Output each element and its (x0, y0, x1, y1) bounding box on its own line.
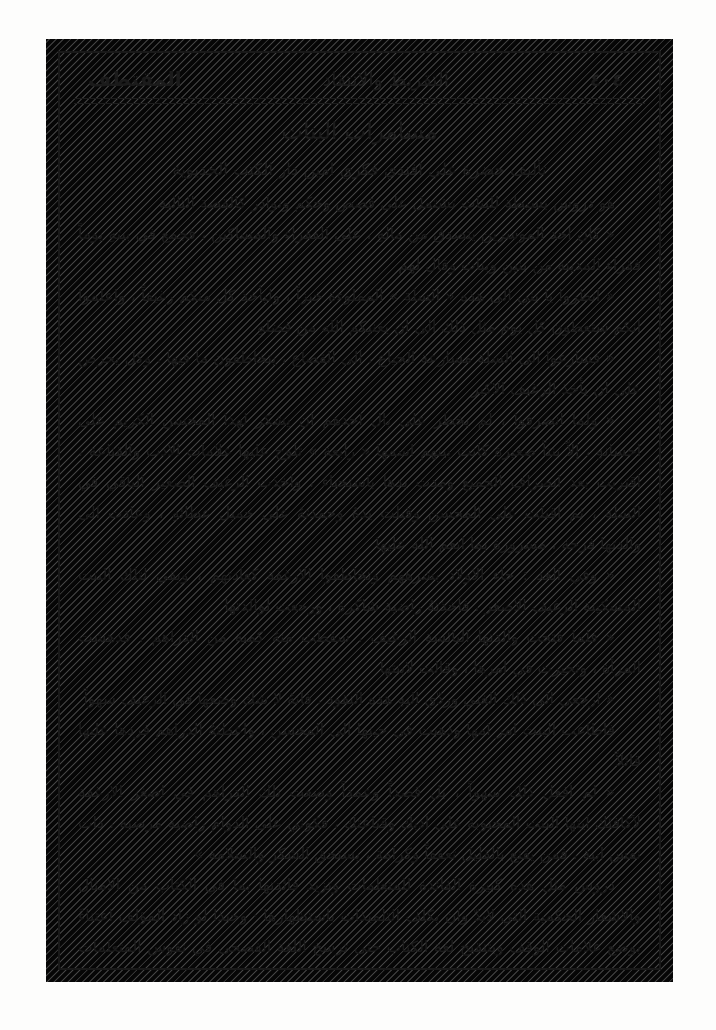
paragraph: دروس مثل هذه كبيرة الفائدة للمتعلمات وتز… (78, 870, 641, 968)
header-divider (74, 98, 645, 104)
paragraph: « ارجعي الى ذلك الغني وردّي اليهِ هذه ال… (78, 684, 641, 715)
frame-gap: ٤٠٤ التقريظ والانتقاد المقتطف مسامرات ال… (55, 48, 664, 973)
page-border-frame: ٤٠٤ التقريظ والانتقاد المقتطف مسامرات ال… (46, 39, 673, 982)
journal-name: المقتطف (88, 67, 182, 91)
paragraph: هو دروس بسيطة للبنات تشتمل على قصص وحكم … (78, 188, 641, 219)
article-body: هو دروس بسيطة للبنات تشتمل على قصص وحكم … (70, 188, 649, 968)
running-head: ٤٠٤ التقريظ والانتقاد المقتطف (70, 59, 649, 93)
paragraph: فاطاعت البنت امر امها وذهبت في حينها الى… (78, 715, 641, 777)
article-byline: تأليف حضرة علي افندي فكري امين دار الكتب… (70, 160, 649, 179)
frame-inner-line: ٤٠٤ التقريظ والانتقاد المقتطف مسامرات ال… (58, 51, 661, 970)
paragraph: « وفي الغد : جاء الاولاد بشرههم وتخاطفوا… (78, 560, 641, 622)
paragraph: « فلما فتحت والدتها البائسة الرغيف ، سقط… (78, 622, 641, 684)
section-title: التقريظ والانتقاد (323, 69, 449, 91)
scanned-page: ARCHIVE http://Archivebeta.Sakhrit.com ٤… (0, 0, 716, 1030)
article-title: مسامرات البنات (70, 119, 649, 145)
paragraph: « فسارعوا الى السلة مسارعة الجياع ، الى … (78, 343, 641, 405)
paragraph: « لم افعل ذلك سهواً ، بل قصداً وعمداً وض… (78, 777, 641, 870)
paragraph: « كان احد الموسرين يتصدق من مالهِ ، على … (78, 219, 641, 281)
page-number: ٤٠٤ (590, 70, 623, 91)
page-content: ٤٠٤ التقريظ والانتقاد المقتطف مسامرات ال… (60, 53, 659, 968)
paragraph: « انظروا يا بني الى هذه « السلة » المملو… (78, 281, 641, 343)
paragraph: « ولما انصرفوا ، لم يخطر على بال احدهم ا… (78, 405, 641, 560)
